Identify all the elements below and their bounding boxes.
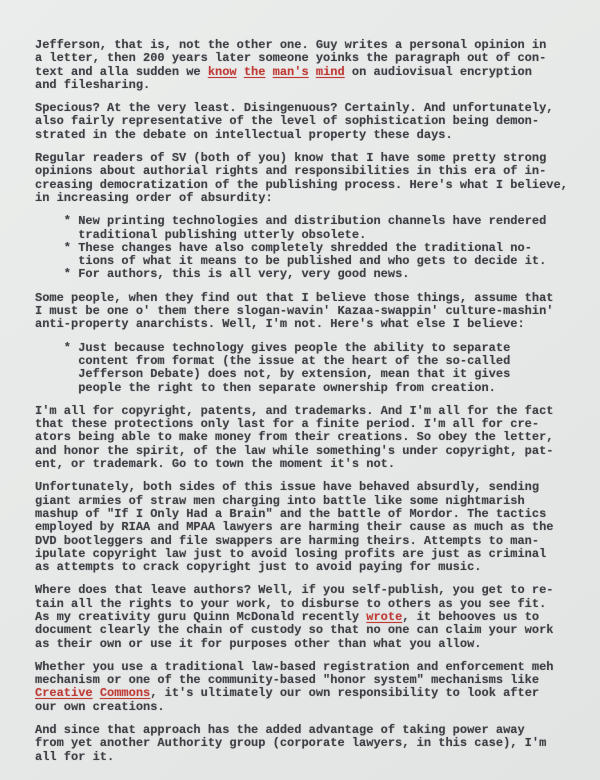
paragraph: Where does that leave authors? Well, if … xyxy=(35,584,575,650)
text-line: creasing democratization of the publishi… xyxy=(35,179,575,192)
link-word[interactable]: man's xyxy=(273,65,309,79)
text-line: Creative Commons, it's ultimately our ow… xyxy=(35,687,575,700)
text-line: Where does that leave authors? Well, if … xyxy=(35,584,575,597)
text-line: * For authors, this is all very, very go… xyxy=(35,268,575,281)
text-line: from yet another Authority group (corpor… xyxy=(35,737,575,750)
paragraph: I'm all for copyright, patents, and trad… xyxy=(35,405,575,471)
bullet-list: * New printing technologies and distribu… xyxy=(35,215,575,281)
link-word[interactable]: Creative xyxy=(35,686,93,700)
text-line: anti-property anarchists. Well, I'm not.… xyxy=(35,318,575,331)
text-line: employed by RIAA and MPAA lawyers are ha… xyxy=(35,521,575,534)
text-line: our own creations. xyxy=(35,701,575,714)
text-line: ent, or trademark. Go to town the moment… xyxy=(35,458,575,471)
paragraph: And since that approach has the added ad… xyxy=(35,724,575,764)
link-word[interactable]: Commons xyxy=(100,686,150,700)
text-line: Unfortunately, both sides of this issue … xyxy=(35,481,575,494)
text-line: * New printing technologies and distribu… xyxy=(35,215,575,228)
link-word[interactable]: wrote xyxy=(366,610,402,624)
text-line: in increasing order of absurdity: xyxy=(35,192,575,205)
text-line: all for it. xyxy=(35,751,575,764)
text-line: tain all the rights to your work, to dis… xyxy=(35,598,575,611)
text-line: document clearly the chain of custody so… xyxy=(35,624,575,637)
paragraph: Regular readers of SV (both of you) know… xyxy=(35,152,575,205)
text-line: text and alla sudden we know the man's m… xyxy=(35,66,575,79)
text-line: Jefferson Debate) does not, by extension… xyxy=(35,368,575,381)
link-creative-commons[interactable]: Creative Commons xyxy=(35,686,150,700)
typewritten-page: Jefferson, that is, not the other one. G… xyxy=(0,0,600,780)
text-line: strated in the debate on intellectual pr… xyxy=(35,129,575,142)
link-word[interactable]: know xyxy=(208,65,237,79)
paragraph: Some people, when they find out that I b… xyxy=(35,292,575,332)
paragraph: Unfortunately, both sides of this issue … xyxy=(35,481,575,574)
text-line: a letter, then 200 years later someone y… xyxy=(35,52,575,65)
text-line: * Just because technology gives people t… xyxy=(35,342,575,355)
link-wrote[interactable]: wrote xyxy=(366,610,402,624)
text-line: giant armies of straw men charging into … xyxy=(35,495,575,508)
text-line: as attempts to crack copyright just to a… xyxy=(35,561,575,574)
text-line: traditional publishing utterly obsolete. xyxy=(35,229,575,242)
text-line: also fairly representative of the level … xyxy=(35,115,575,128)
document-text: Jefferson, that is, not the other one. G… xyxy=(35,39,575,764)
text-line: ators being able to make money from thei… xyxy=(35,431,575,444)
link-word[interactable]: the xyxy=(244,65,266,79)
paragraph: Jefferson, that is, not the other one. G… xyxy=(35,39,575,92)
text-line: and filesharing. xyxy=(35,79,575,92)
paragraph: Specious? At the very least. Disingenuou… xyxy=(35,102,575,142)
text-line: DVD bootleggers and file swappers are ha… xyxy=(35,535,575,548)
paragraph: Whether you use a traditional law-based … xyxy=(35,661,575,714)
text-line: people the right to then separate owners… xyxy=(35,382,575,395)
bullet-list: * Just because technology gives people t… xyxy=(35,342,575,395)
link-word[interactable]: mind xyxy=(316,65,345,79)
link-know-the-mans-mind[interactable]: know the man's mind xyxy=(208,65,345,79)
text-line: opinions about authorial rights and resp… xyxy=(35,165,575,178)
text-line: as their own or use it for purposes othe… xyxy=(35,638,575,651)
